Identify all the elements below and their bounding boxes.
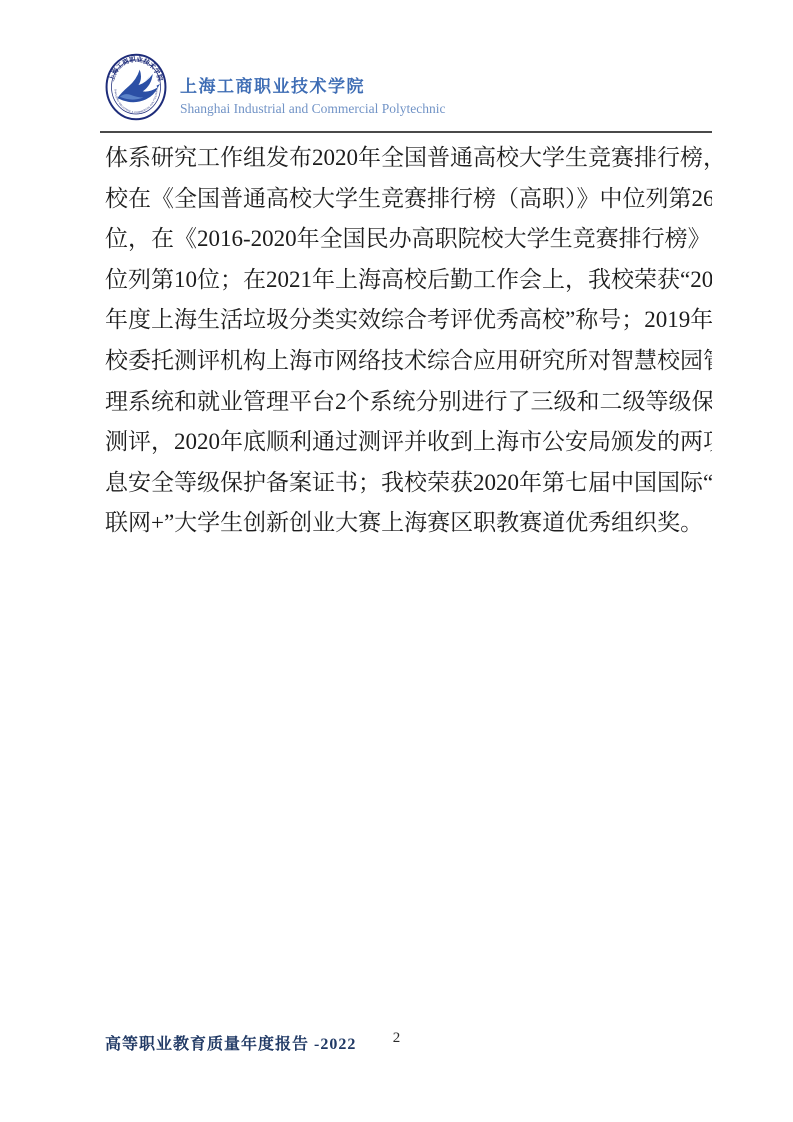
paragraph-line: 理系统和就业管理平台2个系统分别进行了三级和二级等级保护 [105, 382, 712, 423]
paragraph-line: 测评，2020年底顺利通过测评并收到上海市公安局颁发的两项信 [105, 422, 712, 463]
report-page: 上海工商职业技术学院 SHANGHAI INDUSTRIAL & COMMERC… [0, 0, 793, 1122]
paragraph-line: 体系研究工作组发布2020年全国普通高校大学生竞赛排行榜，我 [105, 138, 712, 179]
paragraph-line: 年度上海生活垃圾分类实效综合考评优秀高校”称号；2019年我 [105, 300, 712, 341]
school-seal-logo: 上海工商职业技术学院 SHANGHAI INDUSTRIAL & COMMERC… [105, 53, 167, 121]
paragraph-line: 校委托测评机构上海市网络技术综合应用研究所对智慧校园管 [105, 341, 712, 382]
paragraph-line: 位列第10位；在2021年上海高校后勤工作会上，我校荣获“2020 [105, 260, 712, 301]
school-seal-icon: 上海工商职业技术学院 SHANGHAI INDUSTRIAL & COMMERC… [105, 53, 167, 121]
paragraph-line: 息安全等级保护备案证书；我校荣获2020年第七届中国国际“互 [105, 463, 712, 504]
paragraph-line: 位，在《2016-2020年全国民办高职院校大学生竞赛排行榜》中 [105, 219, 712, 260]
body-paragraph: 体系研究工作组发布2020年全国普通高校大学生竞赛排行榜，我校在《全国普通高校大… [105, 138, 712, 544]
footer-report-title: 高等职业教育质量年度报告 -2022 [105, 1031, 356, 1054]
paragraph-line: 联网+”大学生创新创业大赛上海赛区职教赛道优秀组织奖。 [105, 503, 712, 544]
school-name-en: Shanghai Industrial and Commercial Polyt… [180, 101, 445, 117]
paragraph-line: 校在《全国普通高校大学生竞赛排行榜（高职）》中位列第265 [105, 179, 712, 220]
school-title-block: 上海工商职业技术学院 Shanghai Industrial and Comme… [180, 72, 445, 117]
header-divider [100, 131, 712, 133]
school-name-zh: 上海工商职业技术学院 [180, 72, 445, 97]
